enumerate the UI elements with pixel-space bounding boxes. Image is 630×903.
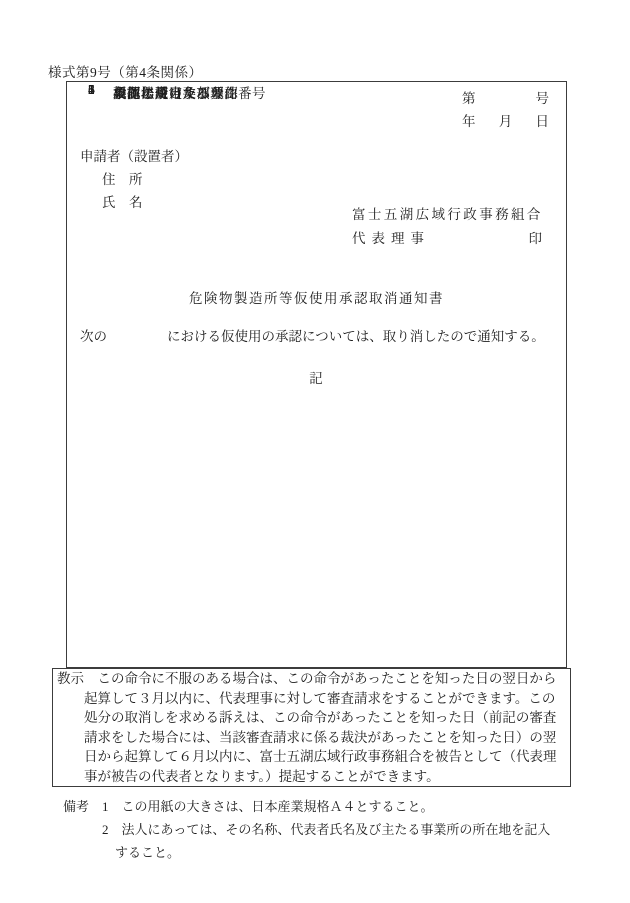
date-month-label: 月 <box>499 110 513 130</box>
remarks-section: 備考 1 この用紙の大きさは、日本産業規格Ａ４とすること。 2 法人にあっては、… <box>63 795 603 864</box>
item-label: 要件に該当する理由 <box>113 82 238 102</box>
intro-suffix: における仮使用の承認については、取り消したので通知する。 <box>167 329 545 344</box>
list-item: 6 要件に該当する理由 <box>67 82 566 100</box>
instruction-line: 事が被告の代表者となります。）提起することができます。 <box>57 767 567 787</box>
date-year-label: 年 <box>462 110 476 130</box>
representative-line: 代表理事 印 <box>352 227 542 247</box>
address-label: 住 所 <box>102 168 143 188</box>
instruction-line: 起算して３月以内に、代表理事に対して審査請求をすることができます。この <box>57 689 567 709</box>
instruction-line: 教示 この命令に不服のある場合は、この命令があったことを知った日の翌日から <box>57 669 567 689</box>
instruction-box: 教示 この命令に不服のある場合は、この命令があったことを知った日の翌日から 起算… <box>52 668 571 787</box>
doc-date-line: 年 月 日 <box>462 110 549 130</box>
remarks-line: 備考 1 この用紙の大きさは、日本産業規格Ａ４とすること。 <box>63 795 603 818</box>
instruction-line: 請求をした場合には、当該審査請求に係る裁決があったことを知った日）の翌 <box>57 728 567 748</box>
representative-title: 代表理事 <box>352 227 430 247</box>
document-box: 第 号 年 月 日 申請者（設置者） 住 所 氏 名 富士五湖広域行政事務組合 … <box>66 81 567 668</box>
name-label: 氏 名 <box>102 191 143 211</box>
item-number: 6 <box>88 82 95 98</box>
instruction-line: 日から起算して６月以内に、富士五湖広域行政事務組合を被告として（代表理 <box>57 747 567 767</box>
form-number-label: 様式第9号（第4条関係） <box>48 61 203 81</box>
document-page: 様式第9号（第4条関係） 第 号 年 月 日 申請者（設置者） 住 所 氏 名 … <box>0 0 630 903</box>
ki-heading: 記 <box>67 367 566 387</box>
intro-prefix: 次の <box>80 329 107 344</box>
remarks-line: 2 法人にあっては、その名称、代表者氏名及び主たる事業所の所在地を記入 <box>63 818 603 841</box>
document-title: 危険物製造所等仮使用承認取消通知書 <box>67 287 566 307</box>
seal-mark: 印 <box>529 227 543 247</box>
date-day-label: 日 <box>536 110 550 130</box>
remarks-line: すること。 <box>63 841 603 864</box>
intro-sentence: 次のにおける仮使用の承認については、取り消したので通知する。 <box>80 325 545 345</box>
organization-name: 富士五湖広域行政事務組合 <box>352 203 543 223</box>
instruction-line: 処分の取消しを求める訴えは、この命令があったことを知った日（前記の審査 <box>57 708 567 728</box>
applicant-label: 申請者（設置者） <box>80 145 188 165</box>
